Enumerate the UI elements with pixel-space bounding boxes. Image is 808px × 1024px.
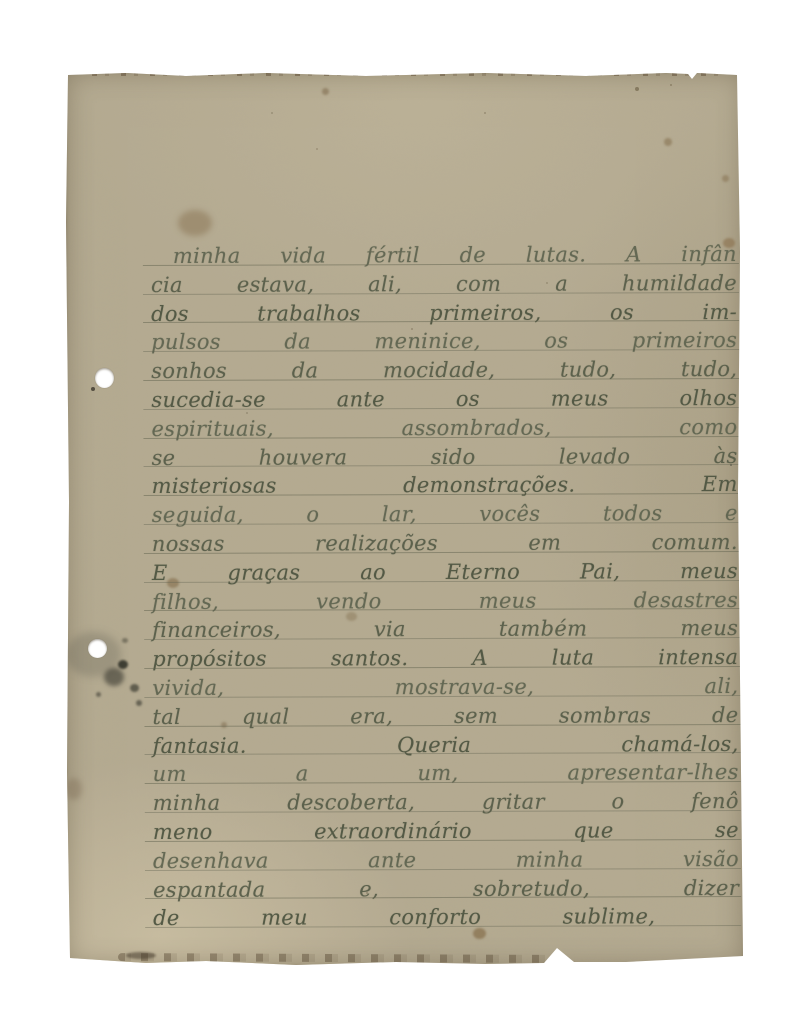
handwriting-line: E graças ao Eterno Pai, meus bbox=[152, 557, 738, 588]
handwriting-line: espantada e, sobretudo, dizer bbox=[153, 874, 739, 905]
photo-backdrop: minha vida fértil de lutas. A infância e… bbox=[0, 0, 808, 1024]
stain bbox=[664, 138, 672, 146]
manuscript-text: minha vida fértil de lutas. A infância e… bbox=[151, 240, 739, 933]
ink-blot bbox=[130, 684, 139, 692]
ink-blot bbox=[104, 668, 124, 686]
punch-hole-bottom bbox=[88, 639, 107, 658]
handwriting-line: dos trabalhos primeiros, os im- bbox=[151, 298, 737, 329]
stain bbox=[178, 210, 212, 236]
ink-blot bbox=[96, 692, 101, 697]
ink-blot bbox=[118, 660, 128, 669]
handwriting-line: pulsos da meninice, os primeiros bbox=[151, 326, 737, 357]
stain bbox=[722, 175, 729, 182]
handwriting-line: se houvera sido levado às bbox=[151, 442, 737, 473]
handwriting-line: de meu conforto sublime, bbox=[153, 902, 739, 933]
handwriting-line: fantasia. Queria chamá-los, bbox=[153, 730, 739, 761]
handwriting-line: tal qual era, sem sombras de bbox=[152, 701, 738, 732]
fly-specks bbox=[66, 72, 68, 74]
handwriting-line: vivida, mostrava-se, ali, bbox=[152, 672, 738, 703]
handwriting-line: minha descoberta, gritar o fenô bbox=[153, 787, 739, 818]
handwriting-line: minha vida fértil de lutas. A infân bbox=[151, 240, 737, 271]
stain bbox=[322, 88, 329, 95]
deckled-top-edge bbox=[92, 72, 730, 76]
handwriting-line: sucedia-se ante os meus olhos bbox=[151, 384, 737, 415]
handwriting-line: misteriosas demonstrações. Em bbox=[152, 470, 738, 501]
handwriting-line: nossas realizações em comum. bbox=[152, 528, 738, 559]
punch-hole-top bbox=[95, 368, 114, 388]
handwriting-line: um a um, apresentar-lhes bbox=[153, 758, 739, 789]
handwriting-line: sonhos da mocidade, tudo, tudo, bbox=[151, 355, 737, 386]
ink-blot bbox=[122, 638, 128, 643]
handwriting-line: financeiros, via também meus bbox=[152, 614, 738, 645]
handwriting-line: espirituais, assombrados, como bbox=[151, 413, 737, 444]
handwriting-line: filhos, vendo meus desastres bbox=[152, 586, 738, 617]
handwriting-line: propósitos santos. A luta intensa bbox=[152, 643, 738, 674]
torn-bottom-edge bbox=[118, 953, 554, 963]
handwriting-line: meno extraordinário que se bbox=[153, 816, 739, 847]
stain bbox=[66, 778, 82, 800]
handwriting-line: cia estava, ali, com a humildade bbox=[151, 269, 737, 300]
manuscript-page: minha vida fértil de lutas. A infância e… bbox=[66, 72, 744, 966]
handwriting-line: seguida, o lar, vocês todos e bbox=[152, 499, 738, 530]
ink-blot bbox=[136, 700, 142, 706]
handwriting-line: desenhava ante minha visão bbox=[153, 845, 739, 876]
